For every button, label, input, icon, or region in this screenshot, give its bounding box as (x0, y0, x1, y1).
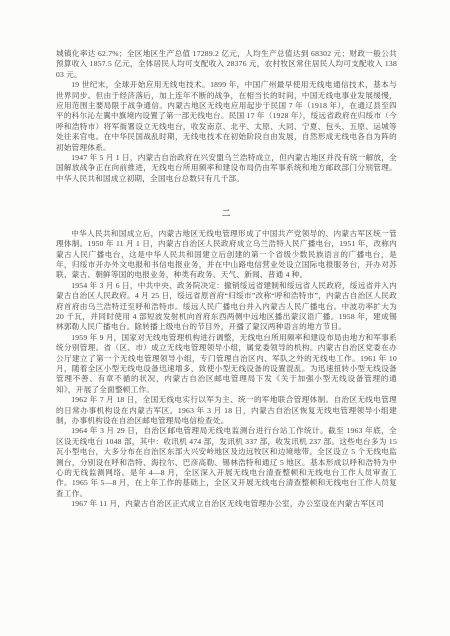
paragraph-1959-management-adjustment: 1959 年 9 月，国家对无线电管理机构进行调整，无线电台所用频率和建设布局由… (56, 333, 397, 395)
paragraph-1967-radio-office: 1967 年 11 月，内蒙古自治区正式成立自治区无线电管理办公室，办公室设在内… (56, 499, 397, 509)
document-text-block: 城镇化率达 62.7%；全区地区生产总值 17289.2 亿元，人均生产总值达到… (56, 49, 397, 510)
document-page: 城镇化率达 62.7%；全区地区生产总值 17289.2 亿元，人均生产总值达到… (0, 0, 450, 636)
section-two-heading: 二 (56, 208, 397, 218)
paragraph-prc-establishment-broadcasting: 中华人民共和国成立后，内蒙古地区无线电管理形成了中国共产党领导的、内蒙古军区统一… (56, 229, 397, 281)
paragraph-1964-station-statistics: 1964 年 3 月 29 日，自治区邮电管理局无线电监测台进行台站工作统计。截… (56, 426, 397, 499)
paragraph-economic-stats: 城镇化率达 62.7%；全区地区生产总值 17289.2 亿元，人均生产总值达到… (56, 49, 397, 80)
paragraph-early-radio-history: 19 世纪末，全球开始应用无线电技术。1899 年，中国广州最早使用无线电通信技… (56, 80, 397, 153)
paragraph-1947-founding: 1947 年 5 月 1 日，内蒙古自治政府在兴安盟乌兰浩特成立，但内蒙古地区并… (56, 153, 397, 184)
paragraph-1954-suiyuan-merge: 1954 年 3 月 6 日，中共中央、政务院决定：撤销绥远省建制和绥远省人民政… (56, 281, 397, 333)
paragraph-1962-joint-military-system: 1962 年 7 月 18 日，全国无线电实行以军为主、统一的军地联合管理体制。… (56, 395, 397, 426)
